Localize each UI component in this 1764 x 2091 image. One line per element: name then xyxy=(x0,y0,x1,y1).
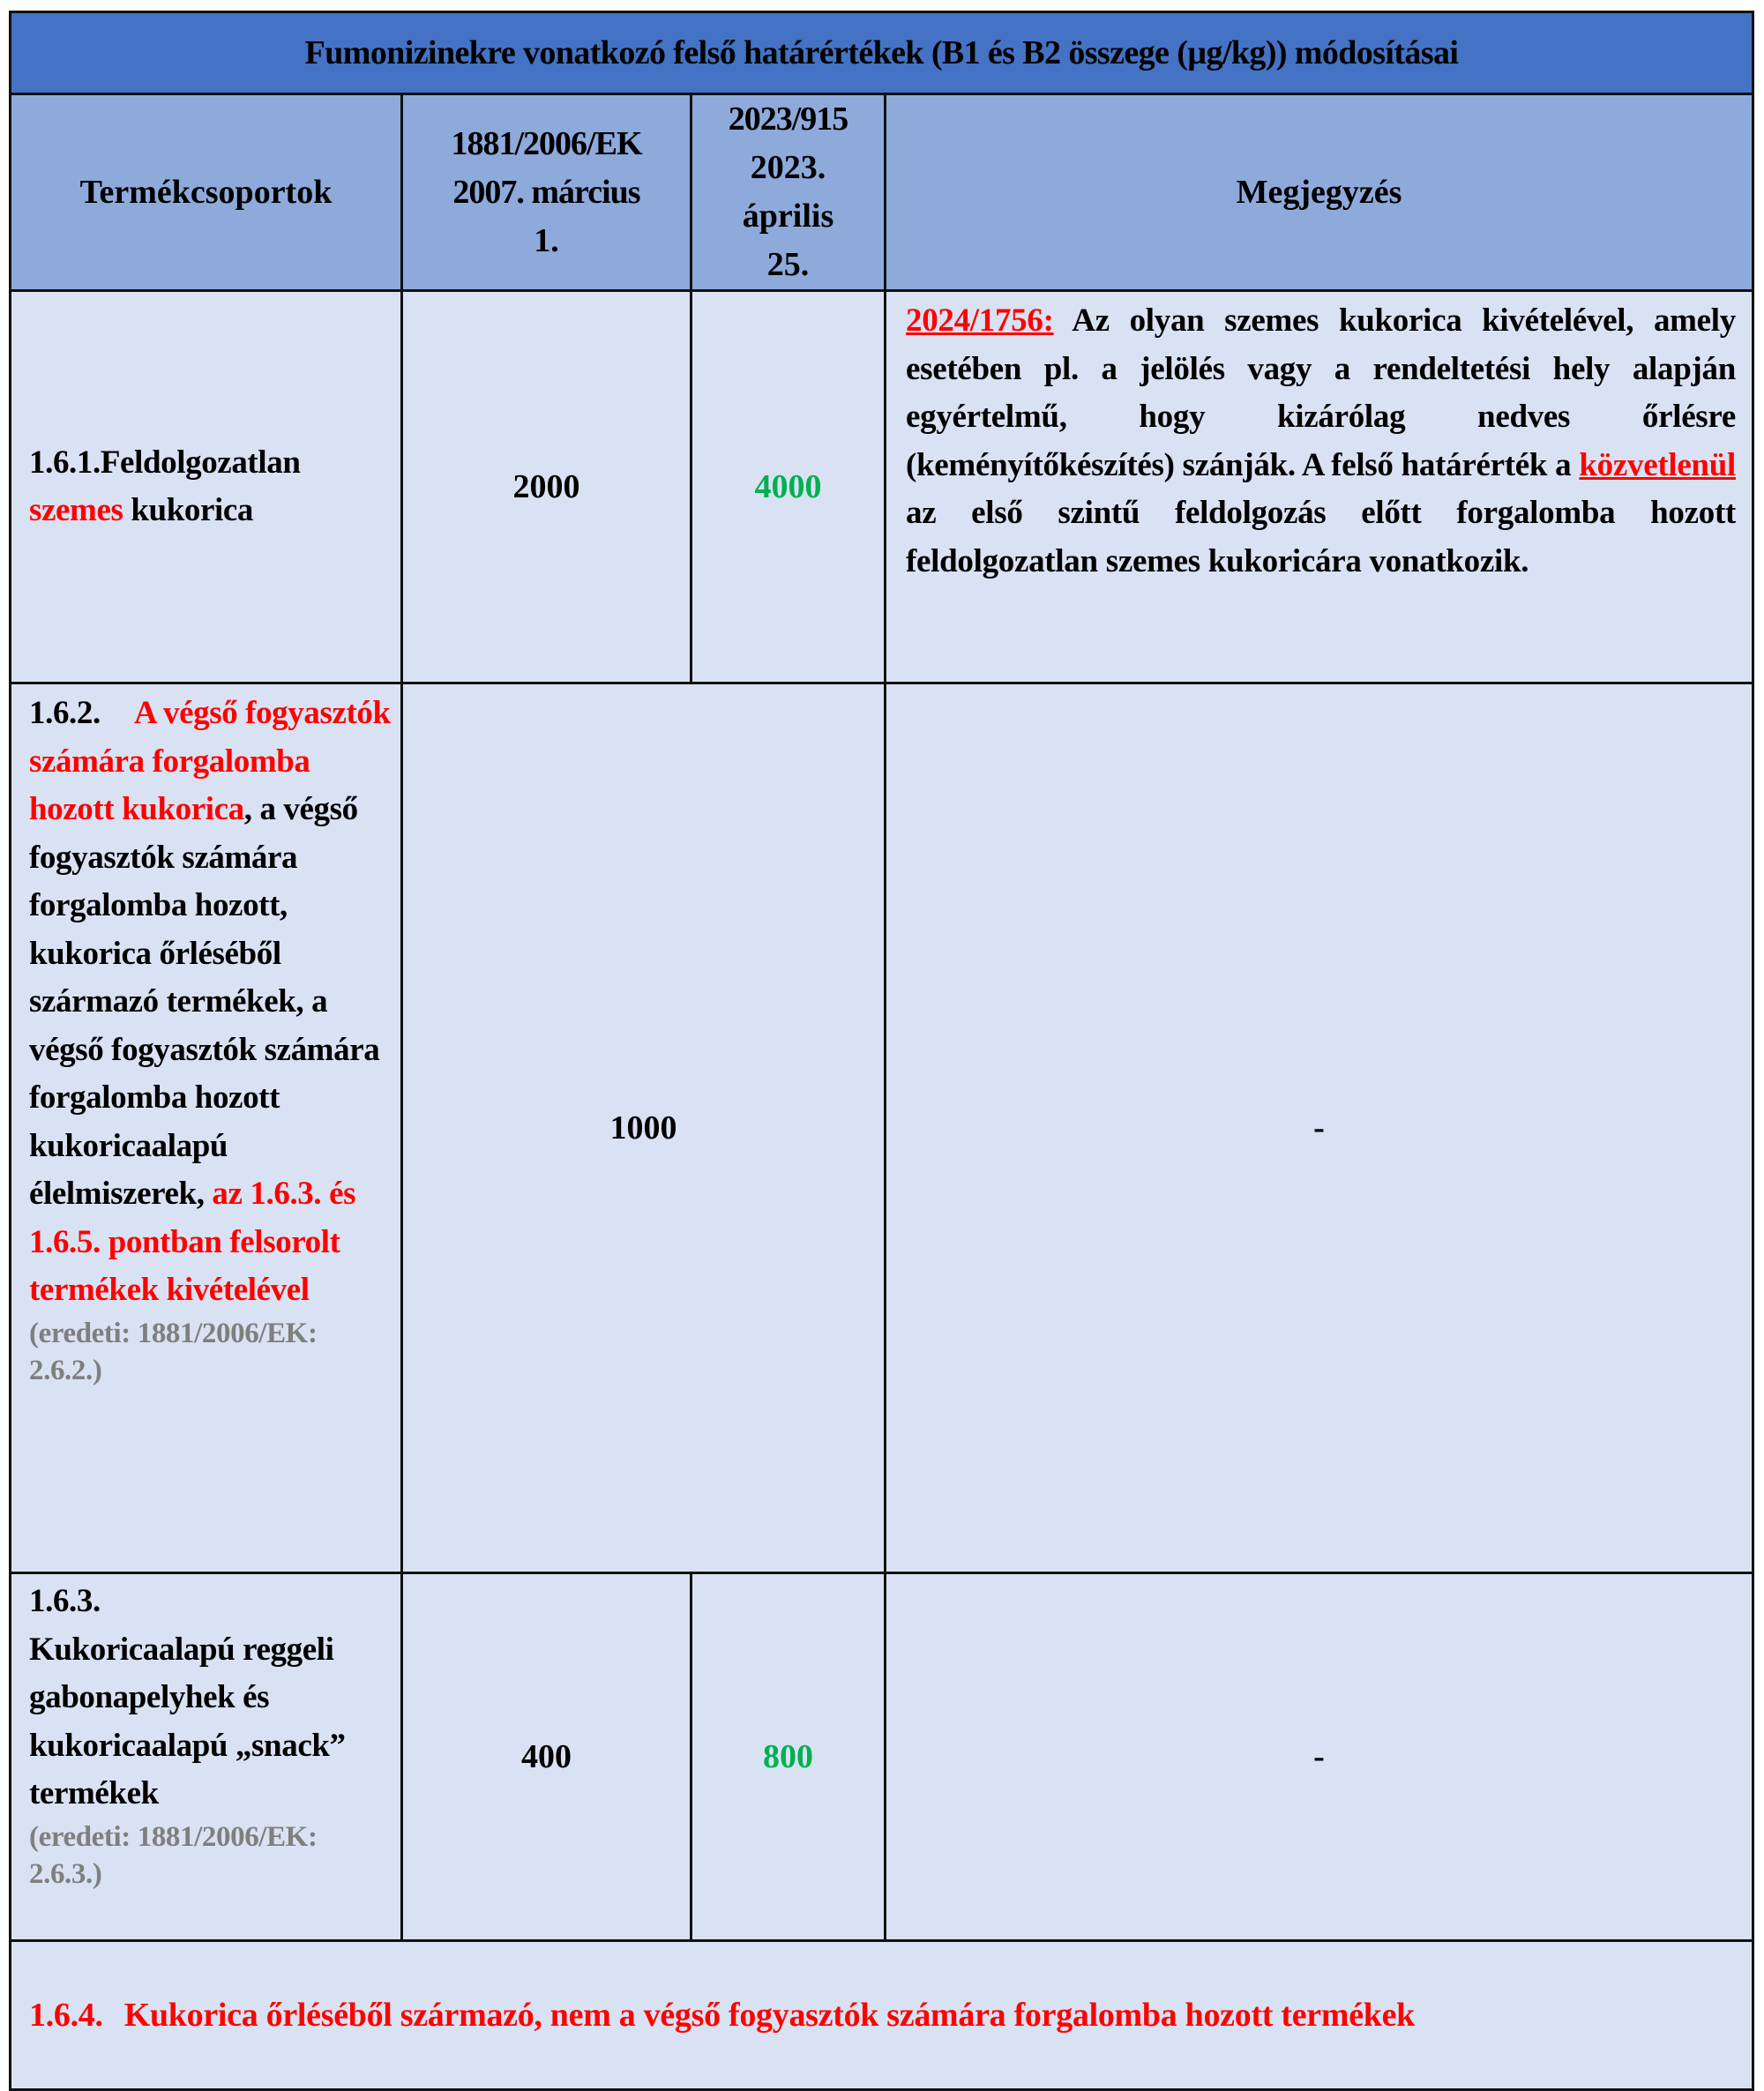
table-row: 1.6.1.Feldolgozatlan szemes kukorica 200… xyxy=(11,291,1753,683)
section-heading-cell: 1.6.4.Kukorica őrléséből származó, nem a… xyxy=(11,1941,1753,2090)
header-regulation-1881-2006: 1881/2006/EK 2007. március 1. xyxy=(402,94,691,291)
note-cell: - xyxy=(886,1573,1753,1941)
limit-new-value: 4000 xyxy=(691,291,886,683)
header-product-groups: Termékcsoportok xyxy=(11,94,402,291)
header-note: Megjegyzés xyxy=(886,94,1753,291)
table-row: 1.6.3. Kukoricaalapú reggeli gabonapelyh… xyxy=(11,1573,1753,1941)
note-cell: 2024/1756: Az olyan szemes kukorica kivé… xyxy=(886,291,1753,683)
original-reference: (eredeti: 1881/2006/EK: 2.6.3.) xyxy=(29,1818,392,1893)
header-row: Termékcsoportok 1881/2006/EK 2007. márci… xyxy=(11,94,1753,291)
product-group-cell: 1.6.3. Kukoricaalapú reggeli gabonapelyh… xyxy=(11,1573,402,1941)
header-regulation-2023-915: 2023/915 2023. április 25. xyxy=(691,94,886,291)
amendment-reference: 2024/1756: xyxy=(906,302,1054,339)
highlight-text: szemes xyxy=(29,492,123,528)
emphasis-text: közvetlenül xyxy=(1579,447,1736,483)
limit-merged-value: 1000 xyxy=(402,683,886,1573)
table-title: Fumonizinekre vonatkozó felső határérték… xyxy=(11,12,1753,94)
limit-old-value: 2000 xyxy=(402,291,691,683)
limit-old-value: 400 xyxy=(402,1573,691,1941)
note-cell: - xyxy=(886,683,1753,1573)
original-reference: (eredeti: 1881/2006/EK: 2.6.2.) xyxy=(29,1315,392,1389)
table-row: 1.6.4.Kukorica őrléséből származó, nem a… xyxy=(11,1941,1753,2090)
fumonisin-limits-table: Fumonizinekre vonatkozó felső határérték… xyxy=(9,11,1754,2091)
table-row: 1.6.2.A végső fogyasztók számára forgalo… xyxy=(11,683,1753,1573)
product-group-cell: 1.6.2.A végső fogyasztók számára forgalo… xyxy=(11,683,402,1573)
limit-new-value: 800 xyxy=(691,1573,886,1941)
product-group-cell: 1.6.1.Feldolgozatlan szemes kukorica xyxy=(11,291,402,683)
